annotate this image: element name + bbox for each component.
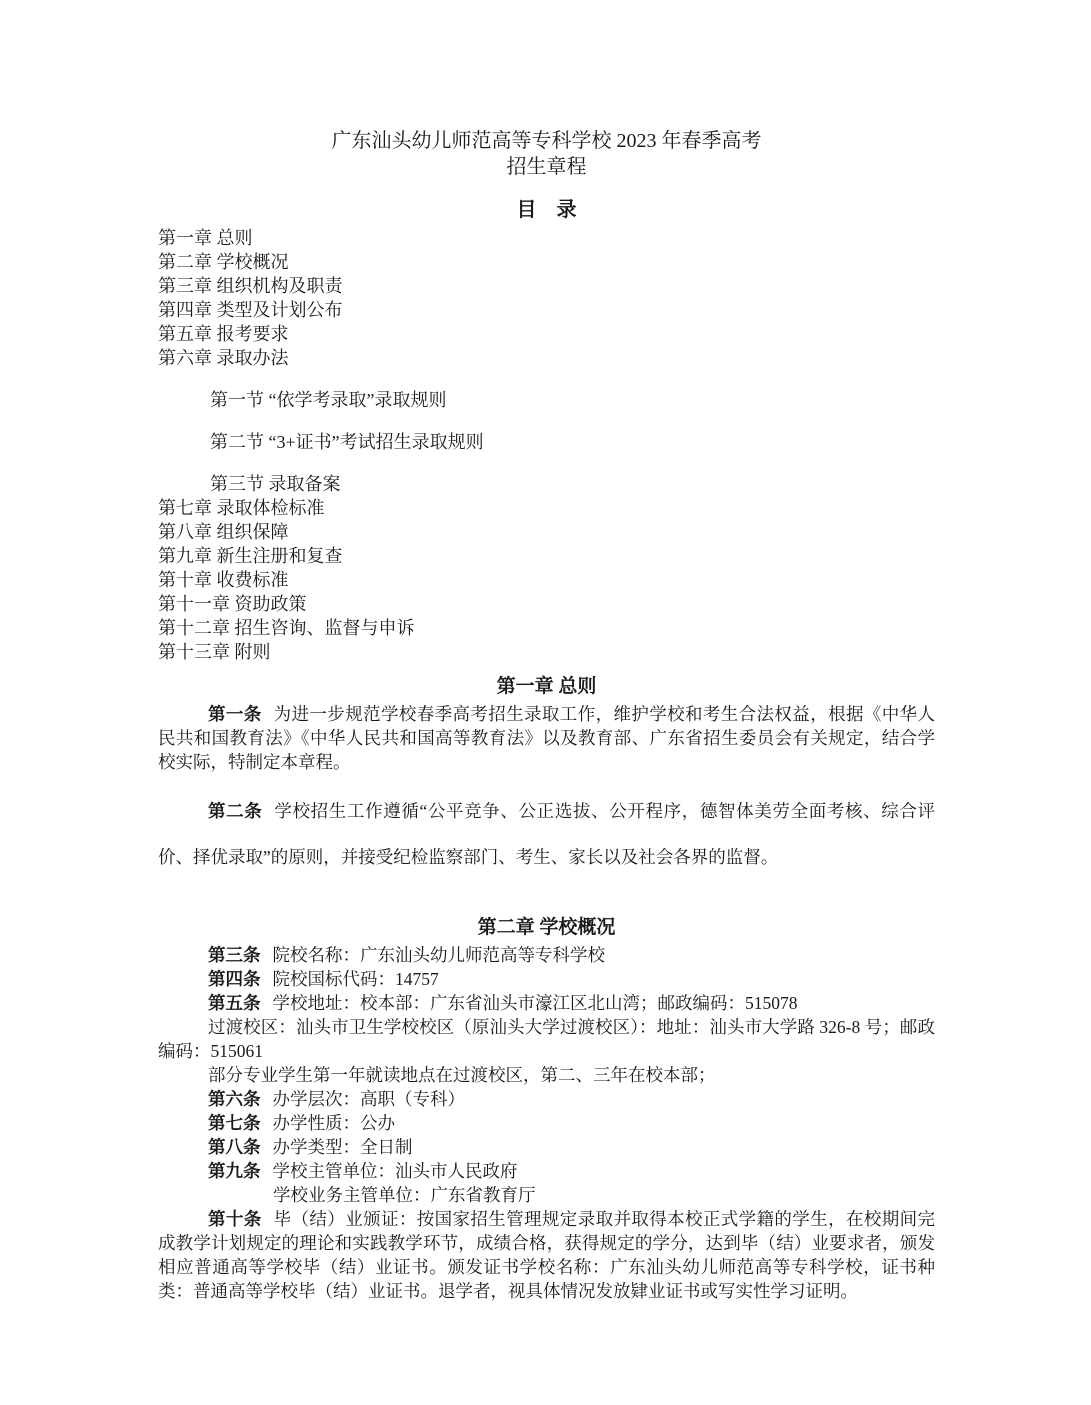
document-content: 广东汕头幼儿师范高等专科学校 2023 年春季高考 招生章程 目 录 第一章 总… [0,0,1091,1303]
article-5-study-location: 部分专业学生第一年就读地点在过渡校区，第二、三年在校本部； [158,1063,935,1087]
toc-item-chapter-8: 第八章 组织保障 [158,520,935,544]
document-page: 广东汕头幼儿师范高等专科学校 2023 年春季高考 招生章程 目 录 第一章 总… [0,0,1091,1405]
article-3: 第三条院校名称：广东汕头幼儿师范高等专科学校 [158,943,935,967]
toc-item-chapter-11: 第十一章 资助政策 [158,592,935,616]
toc-item-chapter-3: 第三章 组织机构及职责 [158,274,935,298]
toc-item-section-1: 第一节 “依学考录取”录取规则 [158,388,935,412]
article-8-label: 第八条 [208,1137,261,1157]
article-7-text: 办学性质：公办 [273,1113,396,1133]
article-2-label: 第二条 [208,801,262,821]
toc-item-section-3: 第三节 录取备案 [158,472,935,496]
article-1: 第一条为进一步规范学校春季高考招生录取工作，维护学校和考生合法权益，根据《中华人… [158,702,935,774]
toc-item-chapter-12: 第十二章 招生咨询、监督与申诉 [158,616,935,640]
article-5-label: 第五条 [208,993,261,1013]
article-4: 第四条院校国标代码：14757 [158,967,935,991]
article-5: 第五条学校地址：校本部：广东省汕头市濠江区北山湾；邮政编码：515078 [158,991,935,1015]
toc-item-section-2: 第二节 “3+证书”考试招生录取规则 [158,430,935,454]
article-2-text: 学校招生工作遵循“公平竞争、公正选拔、公开程序，德智体美劳全面考核、综合评价、择… [158,801,935,867]
article-5-text: 学校地址：校本部：广东省汕头市濠江区北山湾；邮政编码：515078 [273,993,798,1013]
article-8: 第八条办学类型：全日制 [158,1135,935,1159]
article-10-label: 第十条 [208,1209,262,1229]
article-10: 第十条毕（结）业颁证：按国家招生管理规定录取并取得本校正式学籍的学生，在校期间完… [158,1207,935,1303]
article-7: 第七条办学性质：公办 [158,1111,935,1135]
doc-title-line2: 招生章程 [158,154,935,180]
article-1-text: 为进一步规范学校春季高考招生录取工作，维护学校和考生合法权益，根据《中华人民共和… [158,704,935,772]
article-6: 第六条办学层次：高职（专科） [158,1087,935,1111]
toc-item-chapter-13: 第十三章 附则 [158,640,935,664]
toc-item-chapter-7: 第七章 录取体检标准 [158,496,935,520]
article-9: 第九条学校主管单位：汕头市人民政府 [158,1159,935,1183]
toc-heading: 目 录 [158,197,935,223]
article-8-text: 办学类型：全日制 [273,1137,413,1157]
doc-title: 广东汕头幼儿师范高等专科学校 2023 年春季高考 招生章程 [158,128,935,180]
toc-item-chapter-1: 第一章 总则 [158,226,935,250]
article-9-text: 学校主管单位：汕头市人民政府 [273,1161,518,1181]
article-3-label: 第三条 [208,945,261,965]
toc-item-chapter-4: 第四章 类型及计划公布 [158,298,935,322]
toc-item-chapter-2: 第二章 学校概况 [158,250,935,274]
article-10-text: 毕（结）业颁证：按国家招生管理规定录取并取得本校正式学籍的学生，在校期间完成教学… [158,1209,935,1301]
toc-item-chapter-5: 第五章 报考要求 [158,322,935,346]
chapter1-heading: 第一章 总则 [158,674,935,700]
article-5-transition-campus: 过渡校区：汕头市卫生学校校区（原汕头大学过渡校区）：地址：汕头市大学路 326-… [158,1015,935,1063]
toc-item-chapter-10: 第十章 收费标准 [158,568,935,592]
article-1-label: 第一条 [208,704,262,724]
doc-title-line1: 广东汕头幼儿师范高等专科学校 2023 年春季高考 [158,128,935,154]
article-5-study-location-text: 部分专业学生第一年就读地点在过渡校区，第二、三年在校本部； [208,1065,716,1085]
article-6-text: 办学层次：高职（专科） [273,1089,466,1109]
chapter2-heading: 第二章 学校概况 [158,915,935,941]
article-3-text: 院校名称：广东汕头幼儿师范高等专科学校 [273,945,606,965]
article-4-text: 院校国标代码：14757 [273,969,439,989]
article-9-label: 第九条 [208,1161,261,1181]
article-2: 第二条学校招生工作遵循“公平竞争、公正选拔、公开程序，德智体美劳全面考核、综合评… [158,788,935,880]
toc-item-chapter-6: 第六章 录取办法 [158,346,935,370]
article-9-business-supervisor: 学校业务主管单位：广东省教育厅 [158,1183,935,1207]
article-7-label: 第七条 [208,1113,261,1133]
article-5-transition-campus-text: 过渡校区：汕头市卫生学校校区（原汕头大学过渡校区）：地址：汕头市大学路 326-… [158,1017,935,1061]
toc-item-chapter-9: 第九章 新生注册和复查 [158,544,935,568]
toc: 第一章 总则 第二章 学校概况 第三章 组织机构及职责 第四章 类型及计划公布 … [158,226,935,664]
article-4-label: 第四条 [208,969,261,989]
article-6-label: 第六条 [208,1089,261,1109]
article-9-business-supervisor-text: 学校业务主管单位：广东省教育厅 [273,1185,536,1205]
